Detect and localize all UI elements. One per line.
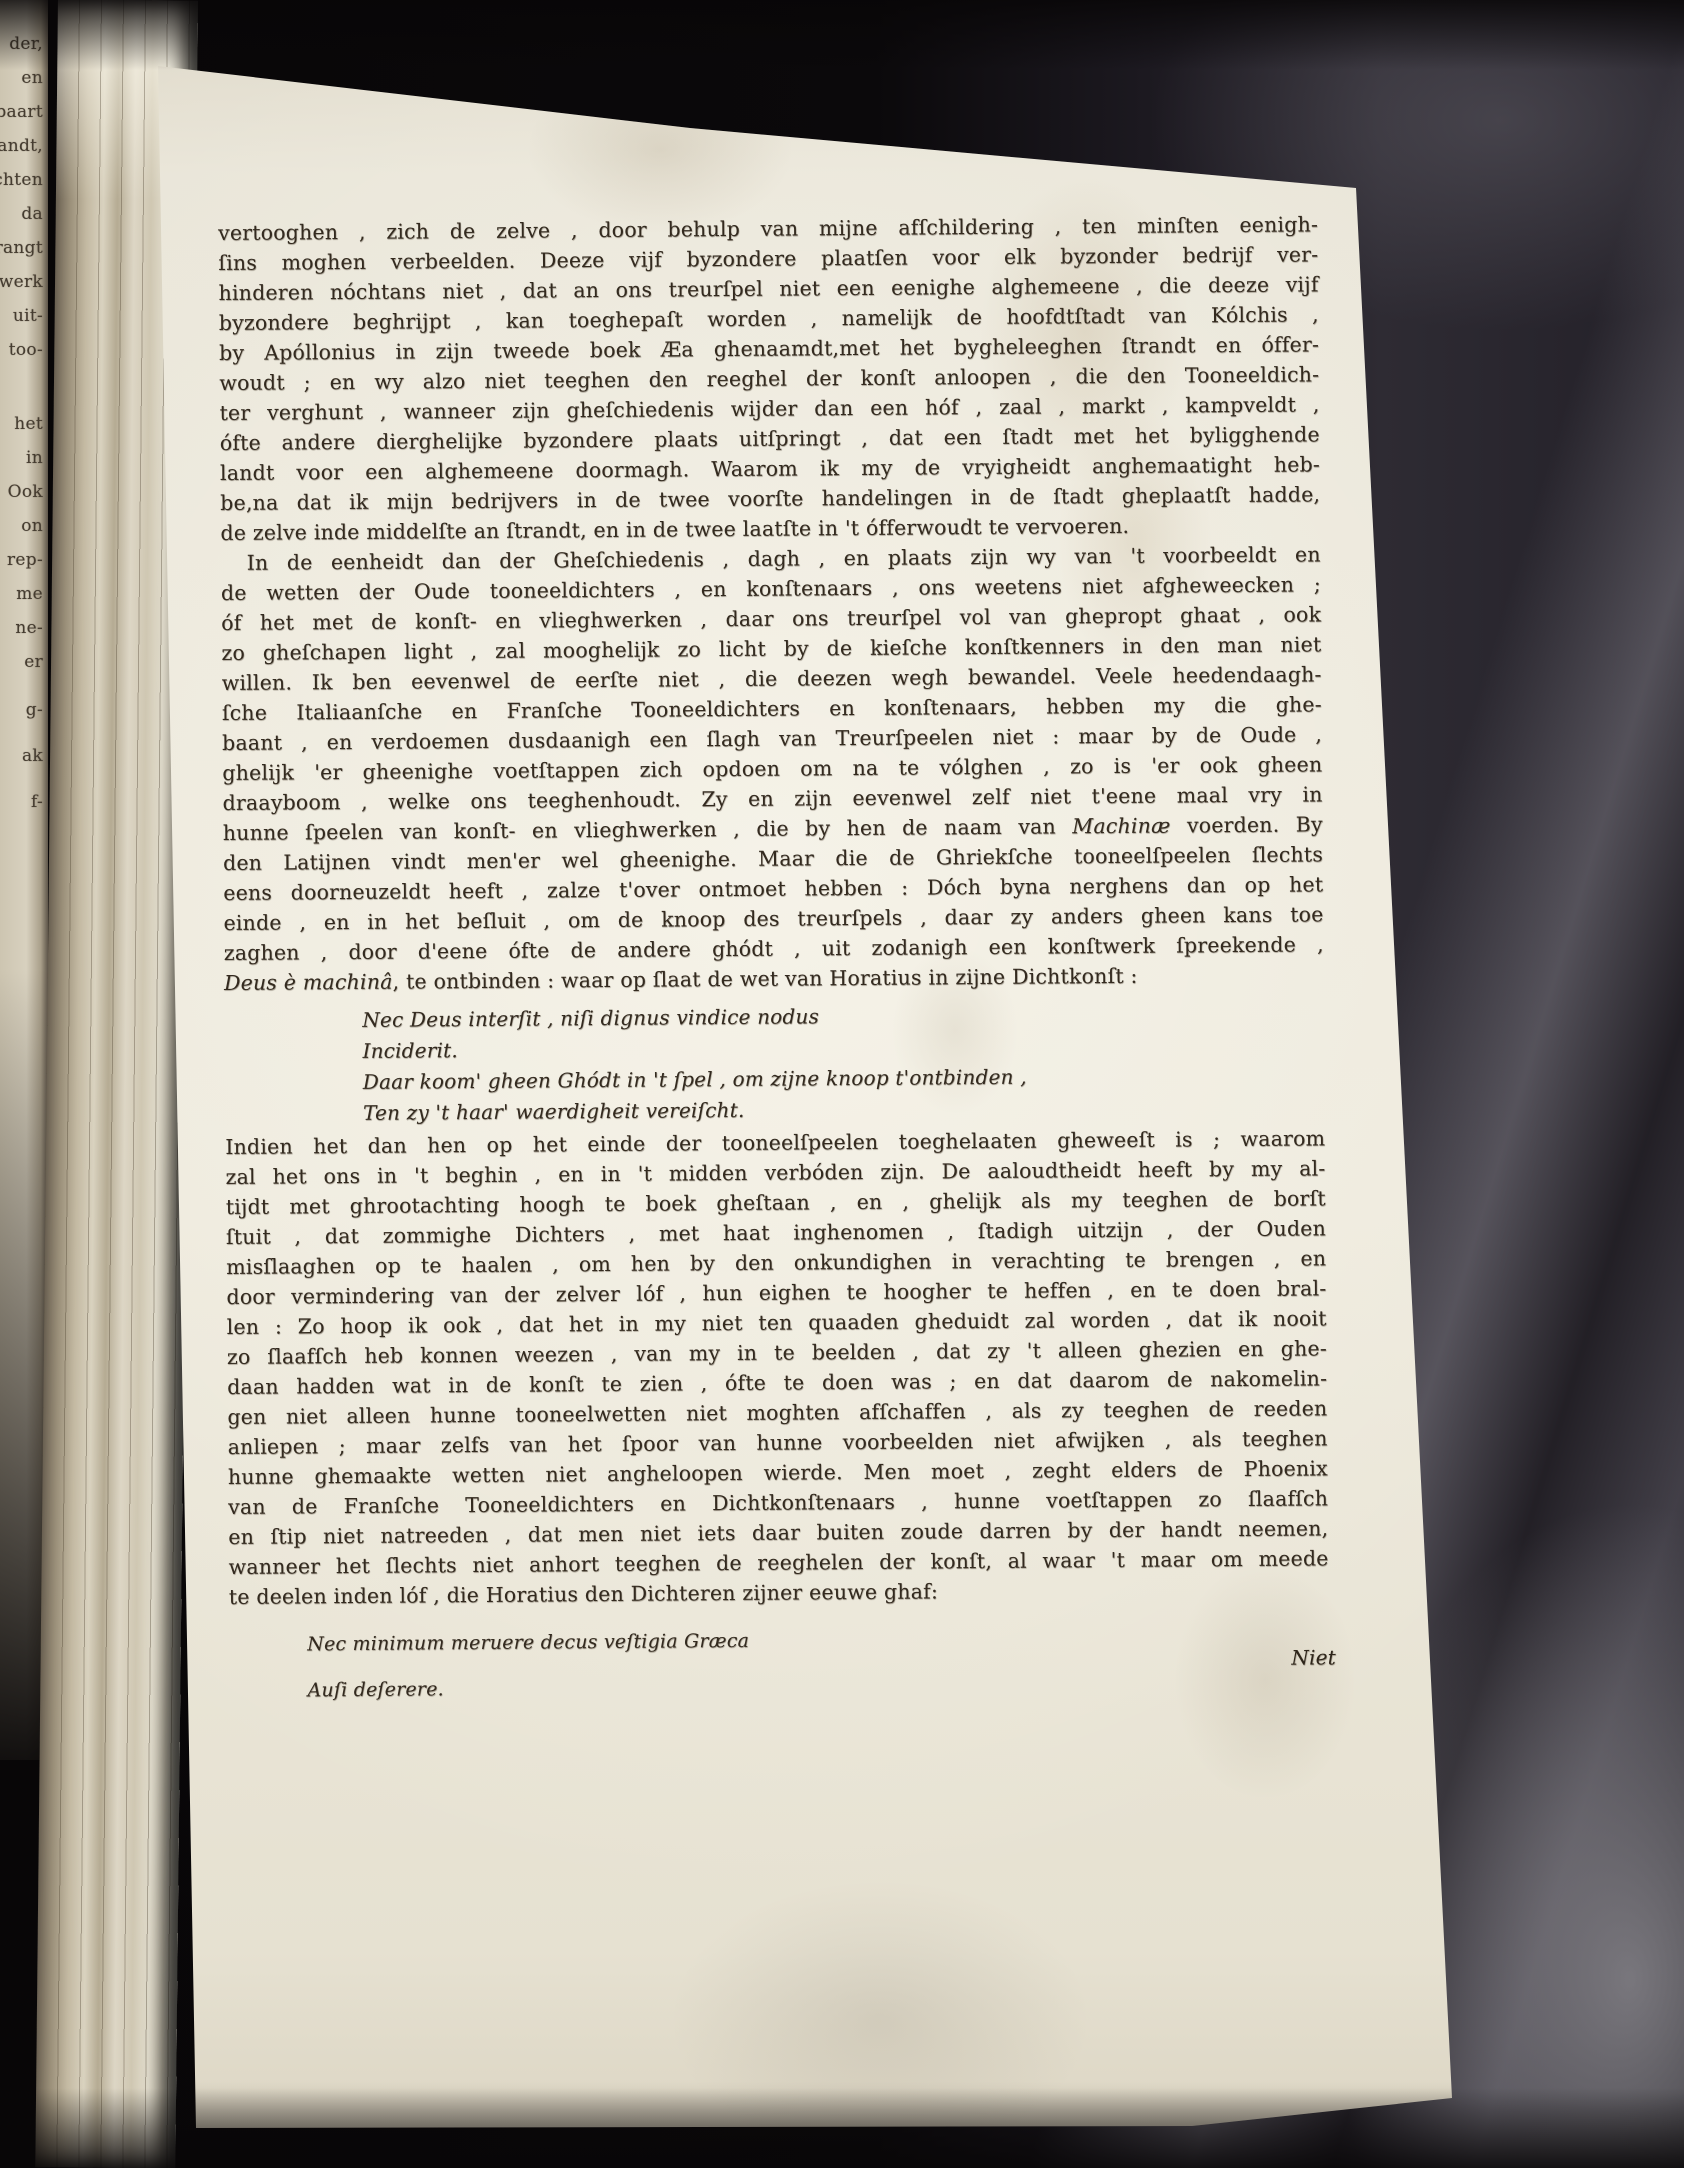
edge-text-fragment: ak — [22, 746, 43, 766]
edge-text-fragment: g- — [26, 700, 43, 720]
edge-text-fragment: het — [14, 414, 43, 434]
italic-phrase: Machinæ — [1072, 814, 1171, 839]
edge-text-fragment: achten — [0, 170, 43, 190]
edge-text-fragment: baart — [0, 102, 43, 122]
edge-text-fragment: f- — [31, 792, 43, 812]
edge-text-fragment: too- — [9, 340, 43, 360]
edge-text-fragment: ne- — [15, 618, 43, 638]
edge-text-fragment: da — [21, 204, 43, 224]
catchword: Niet — [1291, 1645, 1336, 1669]
quote-line: Nec minimum meruere decus veſtigia Græca — [307, 1613, 1329, 1667]
edge-text-fragment: Ook — [8, 482, 43, 502]
edge-text-fragment: er — [24, 652, 43, 672]
facing-page-edge: der,enbaartrandt,achtendabrangtwerkuit-t… — [0, 0, 48, 1760]
text-block: Niet vertooghen , zich de zelve , door b… — [218, 209, 1330, 1716]
edge-text-fragment: on — [21, 516, 43, 536]
edge-text-fragment: randt, — [0, 136, 43, 156]
paragraph: vertooghen , zich de zelve , door behulp… — [218, 209, 1321, 548]
italic-phrase: Deus è machinâ — [224, 970, 393, 995]
quote-line: Auſi deſerere. — [307, 1659, 1329, 1713]
edge-text-fragment: brangt — [0, 238, 43, 258]
edge-text-fragment: in — [26, 448, 43, 468]
edge-text-fragment: uit- — [13, 306, 43, 326]
edge-text-fragment: en — [21, 68, 43, 88]
book-photograph: der,enbaartrandt,achtendabrangtwerkuit-t… — [0, 0, 1684, 2168]
edge-text-fragment: rep- — [7, 550, 43, 570]
paragraph: Indien het dan hen op het einde der toon… — [225, 1123, 1329, 1612]
verse-quote: Nec Deus interſit , niſi dignus vindice … — [362, 997, 1325, 1129]
paragraph: In de eenheidt dan der Gheſchiedenis , d… — [221, 539, 1325, 998]
edge-text-fragment: me — [16, 584, 43, 604]
quote-line: Ten zy 't haar' waerdigheit vereiſcht. — [363, 1090, 1325, 1129]
edge-text-fragment: der, — [9, 34, 43, 54]
edge-text-fragment: werk — [0, 272, 43, 292]
verse-quote: Nec minimum meruere decus veſtigia Græca… — [307, 1613, 1330, 1713]
